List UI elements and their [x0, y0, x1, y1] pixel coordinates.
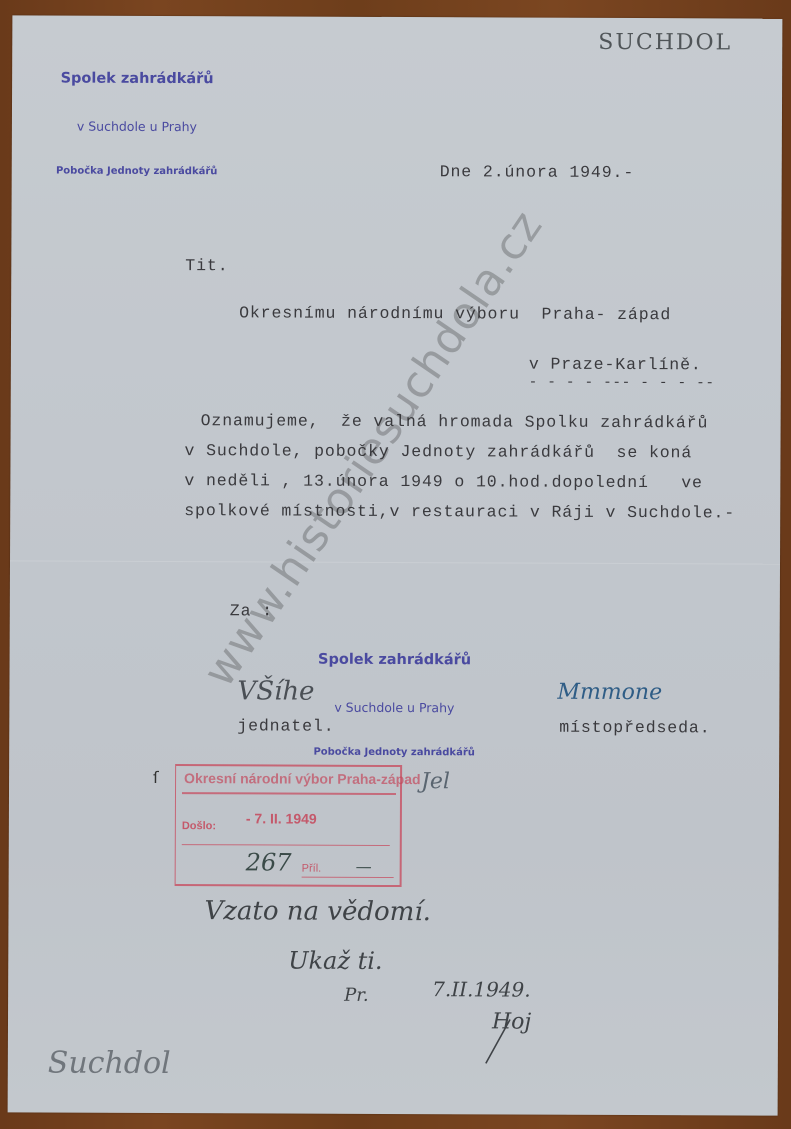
receipt-stamp: Okresní národní výbor Praha-západ Došlo:…	[175, 764, 403, 887]
stamp-line-3: Pobočka Jednoty zahrádkářů	[52, 167, 222, 178]
handwritten-note-prefix: Pr.	[344, 985, 369, 1006]
role-left: jednatel.	[237, 716, 334, 735]
paper-fold	[10, 560, 780, 564]
stamp-line-2: v Suchdole u Prahy	[52, 120, 222, 134]
role-right: místopředseda.	[559, 718, 710, 738]
body-line-2: v Suchdole, pobočky Jednoty zahrádkářů s…	[184, 441, 692, 462]
stamp-line-1: Spolek zahrádkářů	[310, 652, 480, 668]
attachments-value: —	[356, 857, 372, 876]
receipt-stamp-header: Okresní národní výbor Praha-západ	[184, 770, 421, 787]
stamp-divider	[182, 792, 396, 795]
signature-left: VŠíhe	[237, 676, 314, 706]
stamp-line-3: Pobočka Jednoty zahrádkářů	[309, 748, 479, 759]
body-line-3: v neděli , 13.února 1949 o 10.hod.dopole…	[184, 471, 703, 492]
handwritten-note-suchdol-bottom: Suchdol	[48, 1045, 171, 1081]
attachments-label: Příl.	[302, 863, 322, 875]
registration-number: 267	[246, 848, 292, 876]
body-line-4: spolkové místnosti,v restauraci v Ráji v…	[184, 501, 735, 522]
received-date: - 7. II. 1949	[246, 810, 317, 826]
salutation: Tit.	[185, 256, 228, 275]
stamp-divider	[182, 844, 390, 846]
recipient-city: v Praze-Karlíně.	[529, 355, 702, 375]
handwritten-note-suchdol-top: SUCHDOL	[598, 30, 732, 56]
signature-right: Mmmone	[557, 680, 662, 705]
handwritten-note-line-2: Ukaž ti.	[288, 947, 382, 975]
document-page: Spolek zahrádkářů v Suchdole u Prahy Pob…	[8, 15, 783, 1115]
initials-stroke-icon	[478, 1017, 518, 1067]
organization-stamp-top: Spolek zahrádkářů v Suchdole u Prahy Pob…	[52, 37, 223, 211]
date-line: Dne 2.února 1949.-	[440, 162, 635, 182]
handwritten-note-line-1: Vzato na vědomí.	[204, 896, 431, 927]
stamp-line-1: Spolek zahrádkářů	[52, 71, 222, 87]
recipient-underline: - - - - --- - - - --	[529, 375, 715, 392]
stamp-divider	[302, 877, 394, 878]
received-label: Došlo:	[182, 820, 216, 832]
stamp-line-2: v Suchdole u Prahy	[309, 701, 479, 715]
margin-tick: ſ	[153, 768, 159, 787]
margin-mark: Jel	[421, 769, 450, 794]
handwritten-note-date: 7.II.1949.	[432, 977, 531, 1001]
body-line-1: Oznamujeme, že valná hromada Spolku zahr…	[201, 411, 709, 432]
